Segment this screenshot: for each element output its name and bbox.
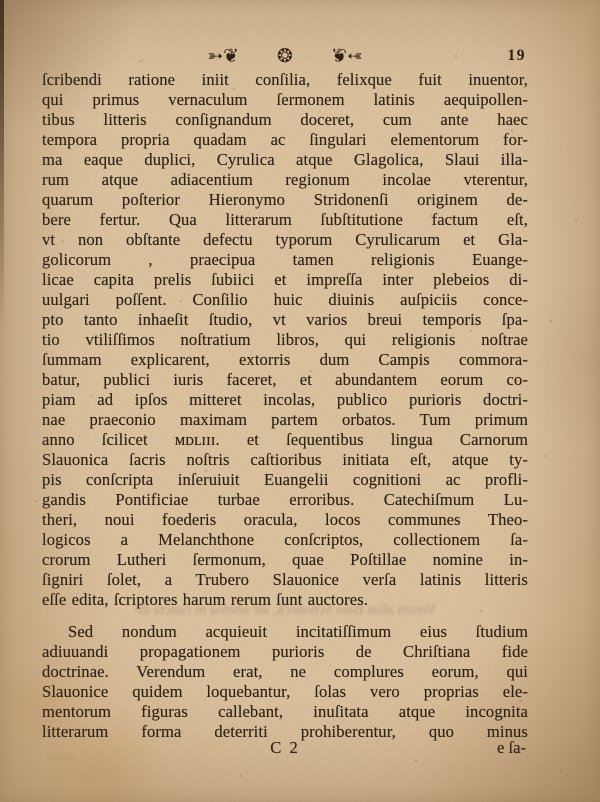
paragraph-2: Sed nondum acquieuit incitatiſſimum eius… xyxy=(42,622,528,742)
page-footer: C 2 e ſa- xyxy=(42,738,528,760)
text-line: logicos a Melanchthone conſcriptos, coll… xyxy=(42,530,528,550)
text-line: adiuuandi propagationem purioris de Chri… xyxy=(42,642,528,662)
text-line: tibus litteris conſignandum doceret, cum… xyxy=(42,110,528,130)
text-line: eſſe edita, ſcriptores harum rerum ſunt … xyxy=(42,590,528,610)
header-ornament-row: ➳❦ ❂ ➳❦ xyxy=(42,44,528,68)
text-line: theri, noui foederis oracula, locos comm… xyxy=(42,510,528,530)
paper-specks xyxy=(0,0,2,2)
signature-mark: C 2 xyxy=(42,738,528,758)
text-line: rum atque adiacentium regionum incolae v… xyxy=(42,170,528,190)
text-line: gandis Pontificiae turbae erroribus. Cat… xyxy=(42,490,528,510)
text-line: ſummam explicarent, extorris dum Campis … xyxy=(42,350,528,370)
text-line: vt non obſtante defectu typorum Cyrulica… xyxy=(42,230,528,250)
text-line: Slauonice quidem loquebantur, ſolas vero… xyxy=(42,682,528,702)
catchword: e ſa- xyxy=(497,738,526,758)
text-line: batur, publici iuris faceret, et abundan… xyxy=(42,370,528,390)
scan-edge-shadow xyxy=(0,0,4,330)
text-line: ſcribendi ratione iniit conſilia, felixq… xyxy=(42,70,528,90)
fleuron-left-icon: ➳❦ xyxy=(207,44,239,68)
text-line: ma eaque duplici, Cyrulica atque Glagoli… xyxy=(42,150,528,170)
text-line: golicorum , praecipua tamen religionis E… xyxy=(42,250,528,270)
text-line: doctrinae. Verendum erat, ne complures e… xyxy=(42,662,528,682)
text-line: bere fertur. Qua litterarum ſubſtitution… xyxy=(42,210,528,230)
text-line: tio vtiliſſimos noſtratium libros, qui r… xyxy=(42,330,528,350)
text-line: pis conſcripta inſeruiuit Euangelii cogn… xyxy=(42,470,528,490)
book-page-scan: ➳❦ ❂ ➳❦ 19 ſcribendi ratione iniit conſi… xyxy=(0,0,600,802)
text-line: Sed nondum acquieuit incitatiſſimum eius… xyxy=(42,622,528,642)
text-line: mentorum figuras callebant, inuſitata at… xyxy=(42,702,528,722)
rosette-icon: ❂ xyxy=(277,44,293,68)
page-number: 19 xyxy=(508,47,527,65)
fleuron-right-icon: ➳❦ xyxy=(331,44,363,68)
text-line: crorum Lutheri ſermonum, quae Poſtillae … xyxy=(42,550,528,570)
text-line: anno ſcilicet ᴍᴅʟɪɪɪ. et ſequentibus lin… xyxy=(42,430,528,450)
text-line: nae praeconio maximam partem orbatos. Tu… xyxy=(42,410,528,430)
text-line: qui primus vernaculum ſermonem latinis a… xyxy=(42,90,528,110)
text-line: licae capita prelis ſubiici et impreſſa … xyxy=(42,270,528,290)
text-line: tempora propria quadam ac ſingulari elem… xyxy=(42,130,528,150)
text-line: Slauonica ſacris noſtris caſtioribus ini… xyxy=(42,450,528,470)
text-line: pto tanto inhaeſit ſtudio, vt varios bre… xyxy=(42,310,528,330)
text-line: ſigniri ſolet, a Trubero Slauonice verſa… xyxy=(42,570,528,590)
text-line: uulgari poſſent. Conſilio huic diuinis a… xyxy=(42,290,528,310)
paragraph-1: ſcribendi ratione iniit conſilia, felixq… xyxy=(42,70,528,610)
text-line: quarum poſterior Hieronymo Stridonenſi o… xyxy=(42,190,528,210)
text-line: piam ad ipſos mitteret incolas, publico … xyxy=(42,390,528,410)
